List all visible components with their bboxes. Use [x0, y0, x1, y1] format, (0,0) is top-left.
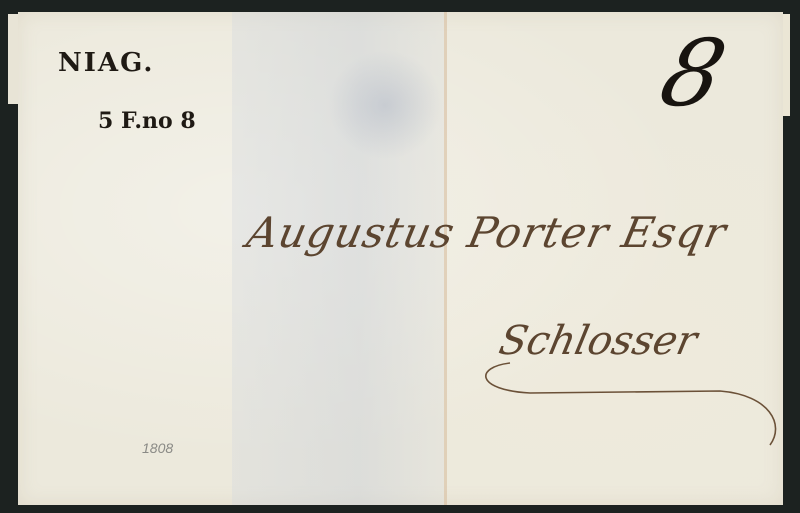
- fold-shadow: [328, 50, 443, 160]
- postmark-town: NIAG.: [58, 48, 154, 78]
- pencil-year-note: 1808: [142, 440, 173, 456]
- addressee-name: Augustus Porter Esqr: [243, 208, 731, 257]
- flourish-underline-icon: [470, 355, 790, 455]
- fold-crease: [444, 12, 447, 505]
- postmark-date: 5 F.no 8: [98, 108, 196, 134]
